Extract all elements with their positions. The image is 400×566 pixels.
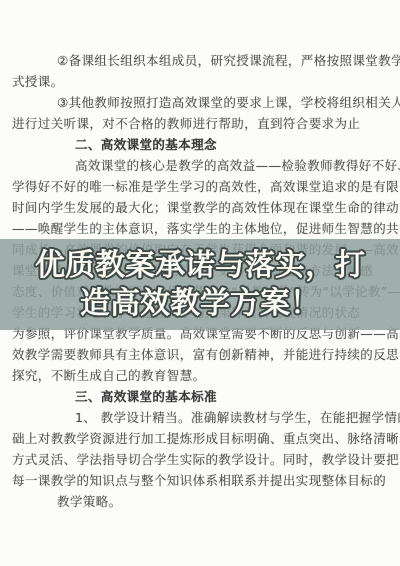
document-line: 1、 教学设计精当。准确解读教材与学生，在能把握学情的基 <box>0 407 400 428</box>
document-line: 高效课堂的核心是教学的高效益——检验教师教得好不好、学生 <box>0 155 400 176</box>
document-line: 学得好不好的唯一标准是学生学习的高效性，高效课堂追求的是有限 <box>0 176 400 197</box>
document-line: 础上对教教学资源进行加工提炼形成目标明确、重点突出、脉络清晰、 <box>0 428 400 449</box>
caption-line-1: 优质教案承诺与落实，打 <box>35 248 365 284</box>
document-line: 时间内学生发展的最大化；课堂教学的高效性体现在课堂生命的律动 <box>0 197 400 218</box>
document-line: 式授课。 <box>0 71 400 92</box>
caption-line-2: 造高效教学方案！ <box>80 286 320 322</box>
document-line: ③其他教师按照打造高效课堂的要求上课，学校将组织相关人员 <box>0 92 400 113</box>
document-line: ②备课组长组织本组成员，研究授课流程，严格按照课堂教学模 <box>0 50 400 71</box>
document-line: 每一课教学的知识点与整个知识体系相联系并提出实现整体目标的 <box>0 470 400 491</box>
document-heading-line: 三、高效课堂的基本标准 <box>0 386 400 407</box>
screenshot-root: ②备课组长组织本组成员，研究授课流程，严格按照课堂教学模式授课。③其他教师按照打… <box>0 0 400 566</box>
document-line: 探究，不断生成自己的教育智慧。 <box>0 365 400 386</box>
caption-banner: 优质教案承诺与落实，打 造高效教学方案！ <box>0 239 400 330</box>
document-line: 进行过关听课，对不合格的教师进行帮助，直到符合要求为止 <box>0 113 400 134</box>
document-line: 教学策略。 <box>0 491 400 512</box>
document-line: 方式灵活、学法指导切合学生实际的教学设计。同时，教学设计要把 <box>0 449 400 470</box>
document-line: 效教学需要教师具有主体意识，富有创新精神，并能进行持续的反思 <box>0 344 400 365</box>
document-heading-line: 二、高效课堂的基本理念 <box>0 134 400 155</box>
document-line: ——唤醒学生的主体意识，落实学生的主体地位，促进师生智慧的共 <box>0 218 400 239</box>
